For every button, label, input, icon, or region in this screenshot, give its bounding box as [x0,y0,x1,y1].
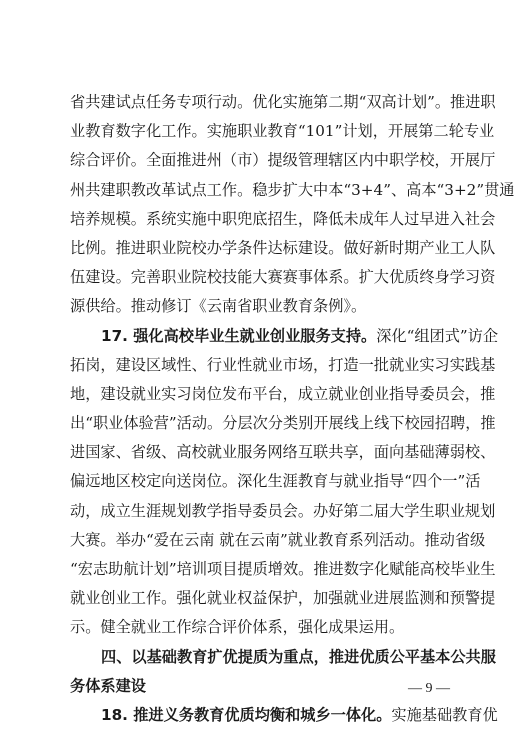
text-line: 大赛。举办“爱在云南 就在云南”就业教育系列活动。推动省级 [70,526,462,555]
text-line: 省共建试点任务专项行动。优化实施第二期“双高计划”。推进职 [70,88,462,117]
item-18-title: 18. 推进义务教育优质均衡和城乡一体化。 [101,706,391,724]
section-4-heading: 四、以基础教育扩优提质为重点，推进优质公平基本公共服 [70,643,462,672]
text-line: 源供给。推动修订《云南省职业教育条例》。 [70,292,462,321]
item-18-heading-line: 18. 推进义务教育优质均衡和城乡一体化。实施基础教育优 [70,701,462,730]
body-text: 省共建试点任务专项行动。优化实施第二期“双高计划”。推进职 业教育数字化工作。实… [70,88,462,730]
text-line: 伍建设。完善职业院校技能大赛赛事体系。扩大优质终身学习资 [70,263,462,292]
text-line: “宏志助航计划”培训项目提质增效。推进数字化赋能高校毕业生 [70,555,462,584]
text-line: 比例。推进职业院校办学条件达标建设。做好新时期产业工人队 [70,234,462,263]
item-18-text: 实施基础教育优 [391,706,497,724]
text-line: 拓岗，建设区域性、行业性就业市场，打造一批就业实习实践基 [70,351,462,380]
page-number: — 9 — [404,681,454,697]
text-line: 示。健全就业工作综合评价体系，强化成果运用。 [70,613,462,642]
text-line: 综合评价。全面推进州（市）提级管理辖区内中职学校，开展厅 [70,146,462,175]
text-line: 就业创业工作。强化就业权益保护，加强就业进展监测和预警提 [70,584,462,613]
text-line: 出“职业体验营”活动。分层次分类别开展线上线下校园招聘，推 [70,409,462,438]
text-line: 州共建职教改革试点工作。稳步扩大中本“3+4”、高本“3+2”贯通 [70,176,462,205]
item-17-title: 17. 强化高校毕业生就业创业服务支持。 [101,327,376,345]
item-17-heading-line: 17. 强化高校毕业生就业创业服务支持。深化“组团式”访企 [70,322,462,351]
document-page: 省共建试点任务专项行动。优化实施第二期“双高计划”。推进职 业教育数字化工作。实… [0,0,526,744]
text-line: 动，成立生涯规划教学指导委员会。办好第二届大学生职业规划 [70,497,462,526]
text-line: 培养规模。系统实施中职兜底招生，降低未成年人过早进入社会 [70,205,462,234]
item-17-text: 深化“组团式”访企 [376,327,498,345]
text-line: 业教育数字化工作。实施职业教育“101”计划，开展第二轮专业 [70,117,462,146]
text-line: 偏远地区校定向送岗位。深化生涯教育与就业指导“四个一”活 [70,467,462,496]
text-line: 进国家、省级、高校就业服务网络互联共享，面向基础薄弱校、 [70,438,462,467]
text-line: 地，建设就业实习岗位发布平台，成立就业创业指导委员会，推 [70,380,462,409]
